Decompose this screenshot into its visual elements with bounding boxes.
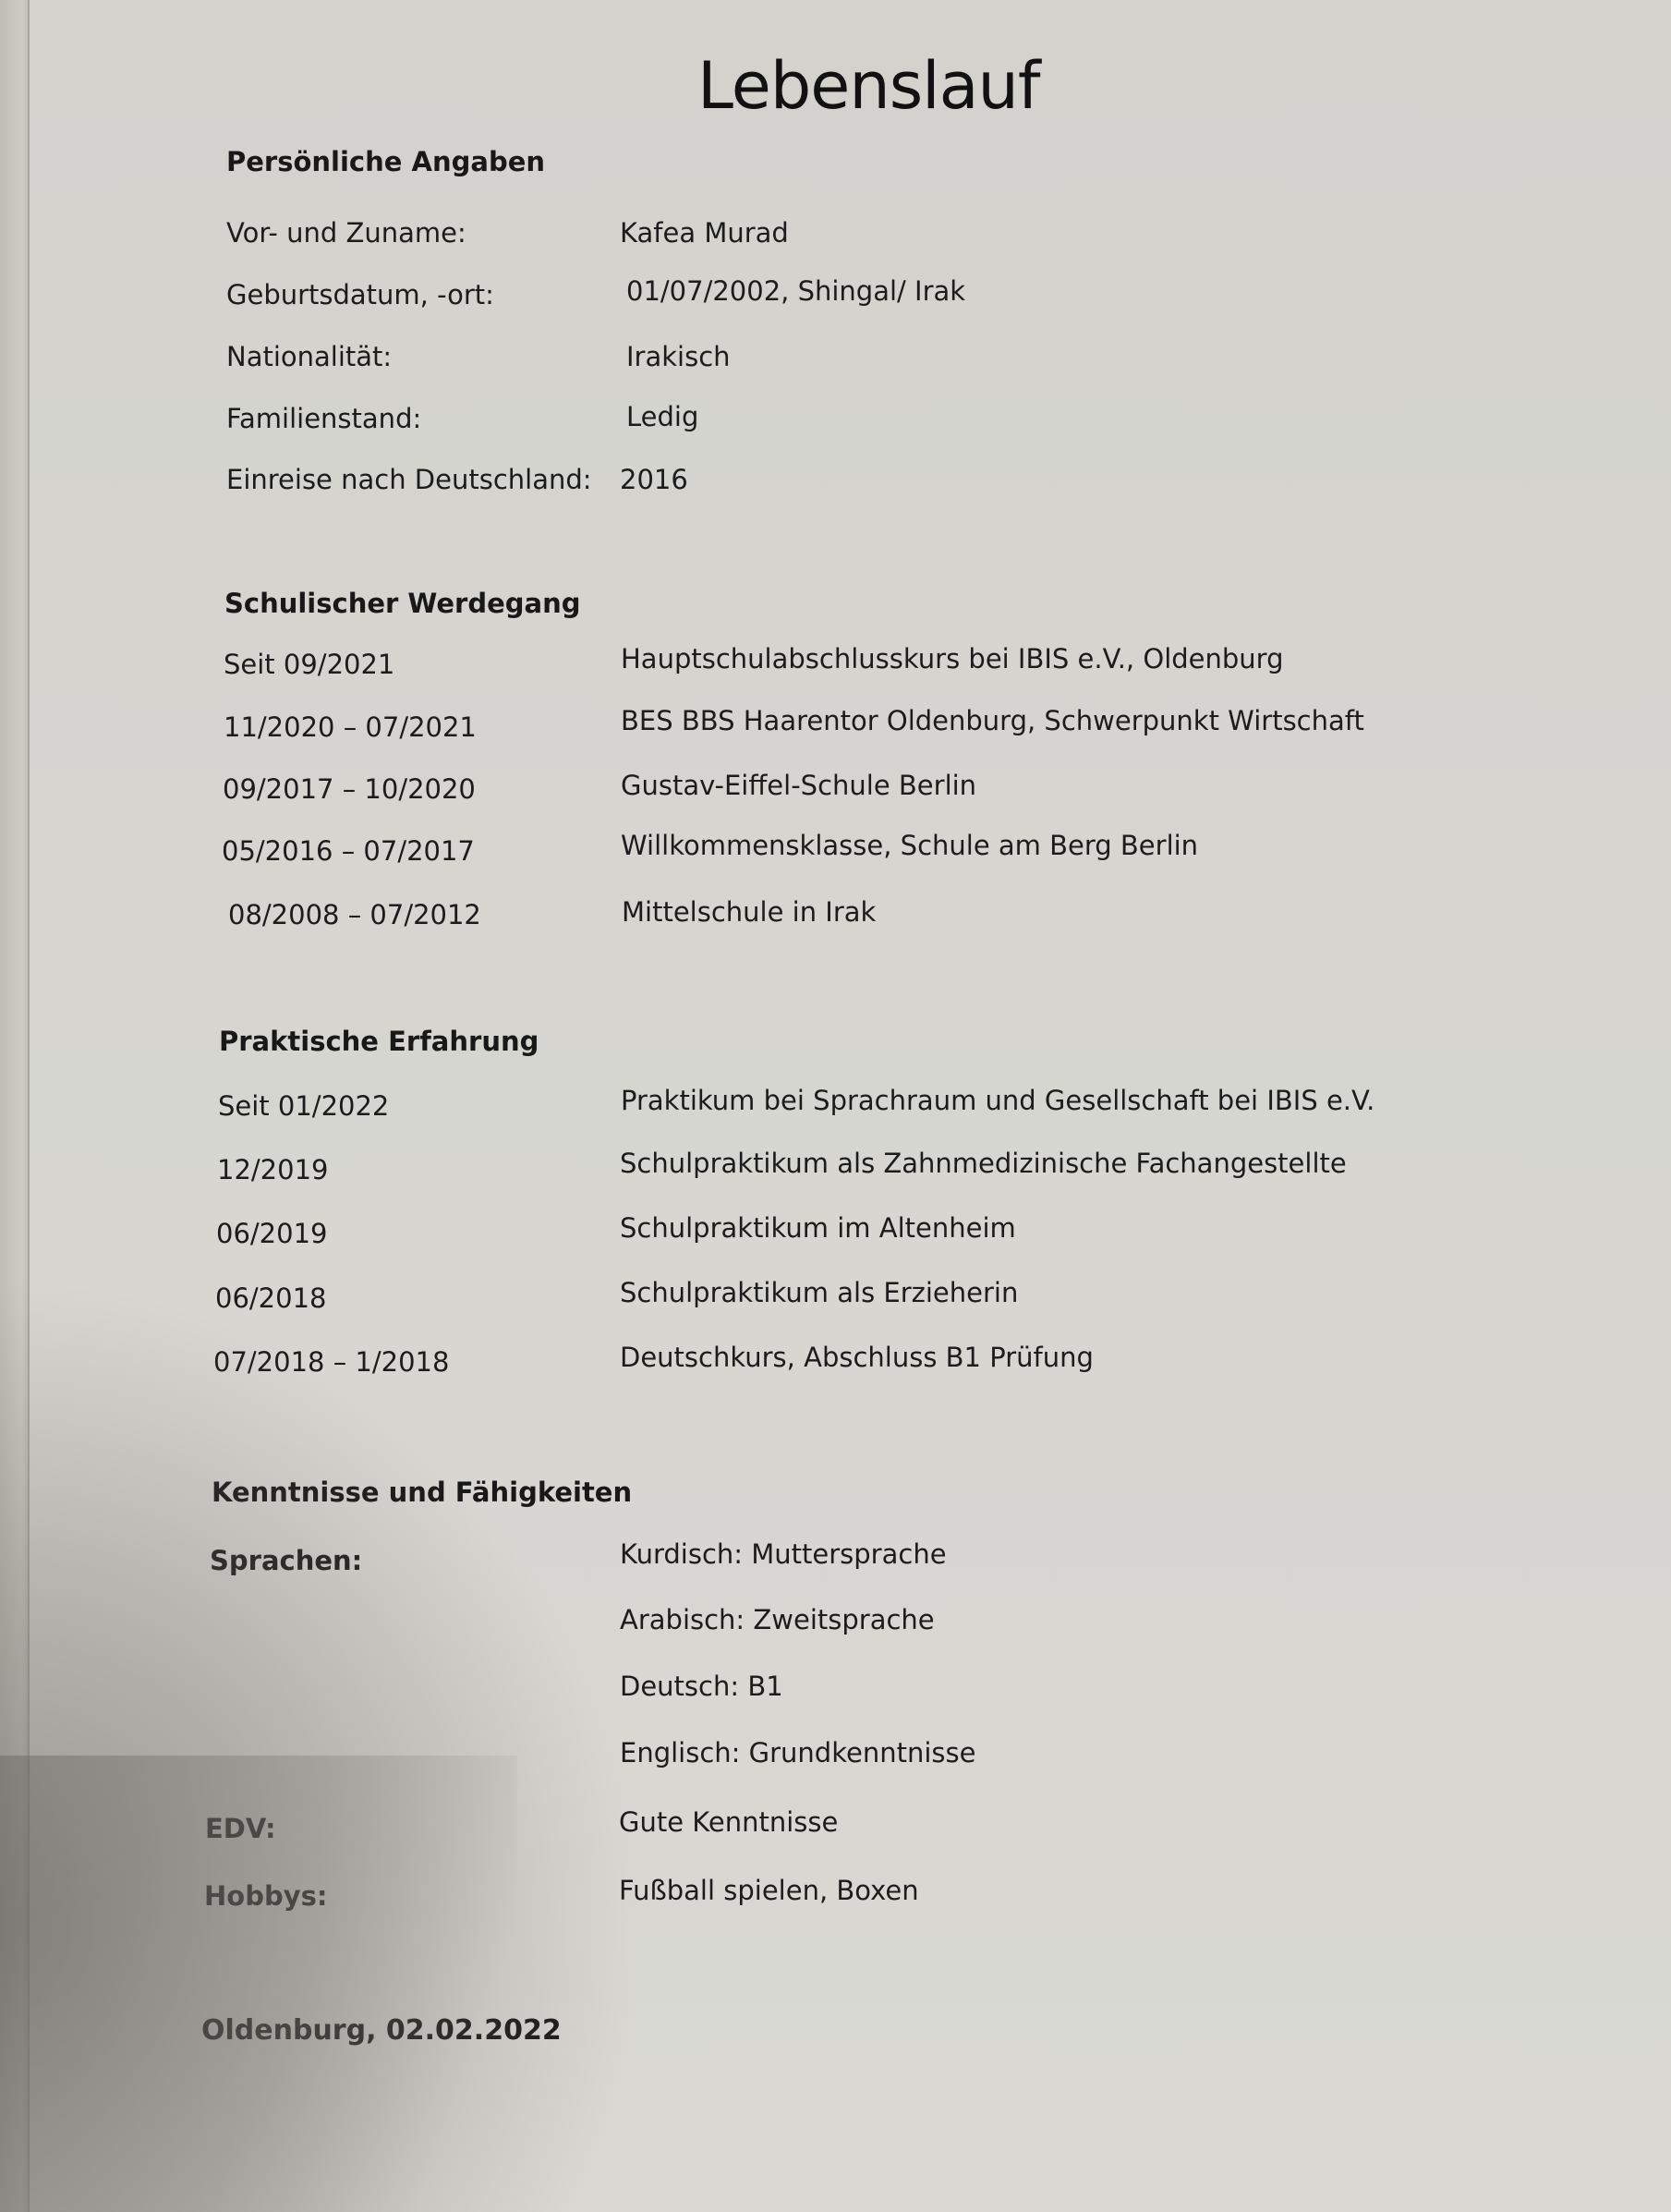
document-title: Lebenslauf — [697, 48, 1040, 124]
experience-description: Schulpraktikum als Erzieherin — [620, 1277, 1018, 1308]
language-item: Arabisch: Zweitsprache — [620, 1604, 935, 1635]
personal-label: Vor- und Zuname: — [226, 217, 466, 249]
section-heading-education: Schulischer Werdegang — [224, 588, 581, 619]
education-period: 08/2008 – 07/2012 — [228, 899, 481, 930]
section-heading-skills: Kenntnisse und Fähigkeiten — [212, 1477, 632, 1508]
education-period: 09/2017 – 10/2020 — [223, 773, 476, 805]
education-description: Gustav-Eiffel-Schule Berlin — [621, 770, 976, 801]
experience-period: Seit 01/2022 — [218, 1090, 389, 1122]
personal-value: Ledig — [626, 401, 698, 432]
personal-value: Kafea Murad — [620, 217, 789, 249]
language-item: Kurdisch: Muttersprache — [620, 1538, 947, 1570]
education-period: Seit 09/2021 — [224, 649, 394, 680]
education-description: Hauptschulabschlusskurs bei IBIS e.V., O… — [621, 643, 1284, 675]
personal-label: Nationalität: — [226, 341, 392, 372]
hobbies-label: Hobbys: — [204, 1880, 327, 1912]
personal-label: Einreise nach Deutschland: — [226, 464, 592, 495]
personal-label: Geburtsdatum, -ort: — [226, 279, 494, 310]
education-period: 11/2020 – 07/2021 — [224, 711, 477, 743]
personal-value: 2016 — [620, 464, 688, 495]
languages-label: Sprachen: — [210, 1545, 362, 1576]
hobbies-value: Fußball spielen, Boxen — [619, 1875, 919, 1906]
it-label: EDV: — [205, 1813, 276, 1844]
experience-period: 12/2019 — [217, 1154, 328, 1185]
education-description: Mittelschule in Irak — [622, 896, 876, 928]
experience-period: 07/2018 – 1/2018 — [213, 1346, 449, 1378]
section-heading-experience: Praktische Erfahrung — [219, 1026, 539, 1057]
place-and-date: Oldenburg, 02.02.2022 — [201, 2014, 562, 2047]
language-item: Englisch: Grundkenntnisse — [620, 1737, 975, 1768]
it-value: Gute Kenntnisse — [619, 1806, 838, 1838]
experience-description: Schulpraktikum im Altenheim — [620, 1212, 1016, 1244]
experience-description: Praktikum bei Sprachraum und Gesellschaf… — [621, 1085, 1374, 1116]
page-edge-backing — [0, 0, 31, 2212]
section-heading-personal: Persönliche Angaben — [226, 146, 545, 177]
education-description: BES BBS Haarentor Oldenburg, Schwerpunkt… — [621, 705, 1364, 736]
language-item: Deutsch: B1 — [620, 1671, 783, 1702]
experience-description: Deutschkurs, Abschluss B1 Prüfung — [620, 1342, 1094, 1373]
education-period: 05/2016 – 07/2017 — [222, 835, 475, 867]
experience-period: 06/2019 — [216, 1218, 327, 1249]
personal-label: Familienstand: — [226, 403, 421, 434]
personal-value: 01/07/2002, Shingal/ Irak — [626, 275, 965, 307]
personal-value: Irakisch — [626, 341, 731, 372]
experience-period: 06/2018 — [215, 1282, 326, 1314]
experience-description: Schulpraktikum als Zahnmedizinische Fach… — [620, 1148, 1347, 1179]
education-description: Willkommensklasse, Schule am Berg Berlin — [621, 830, 1198, 861]
